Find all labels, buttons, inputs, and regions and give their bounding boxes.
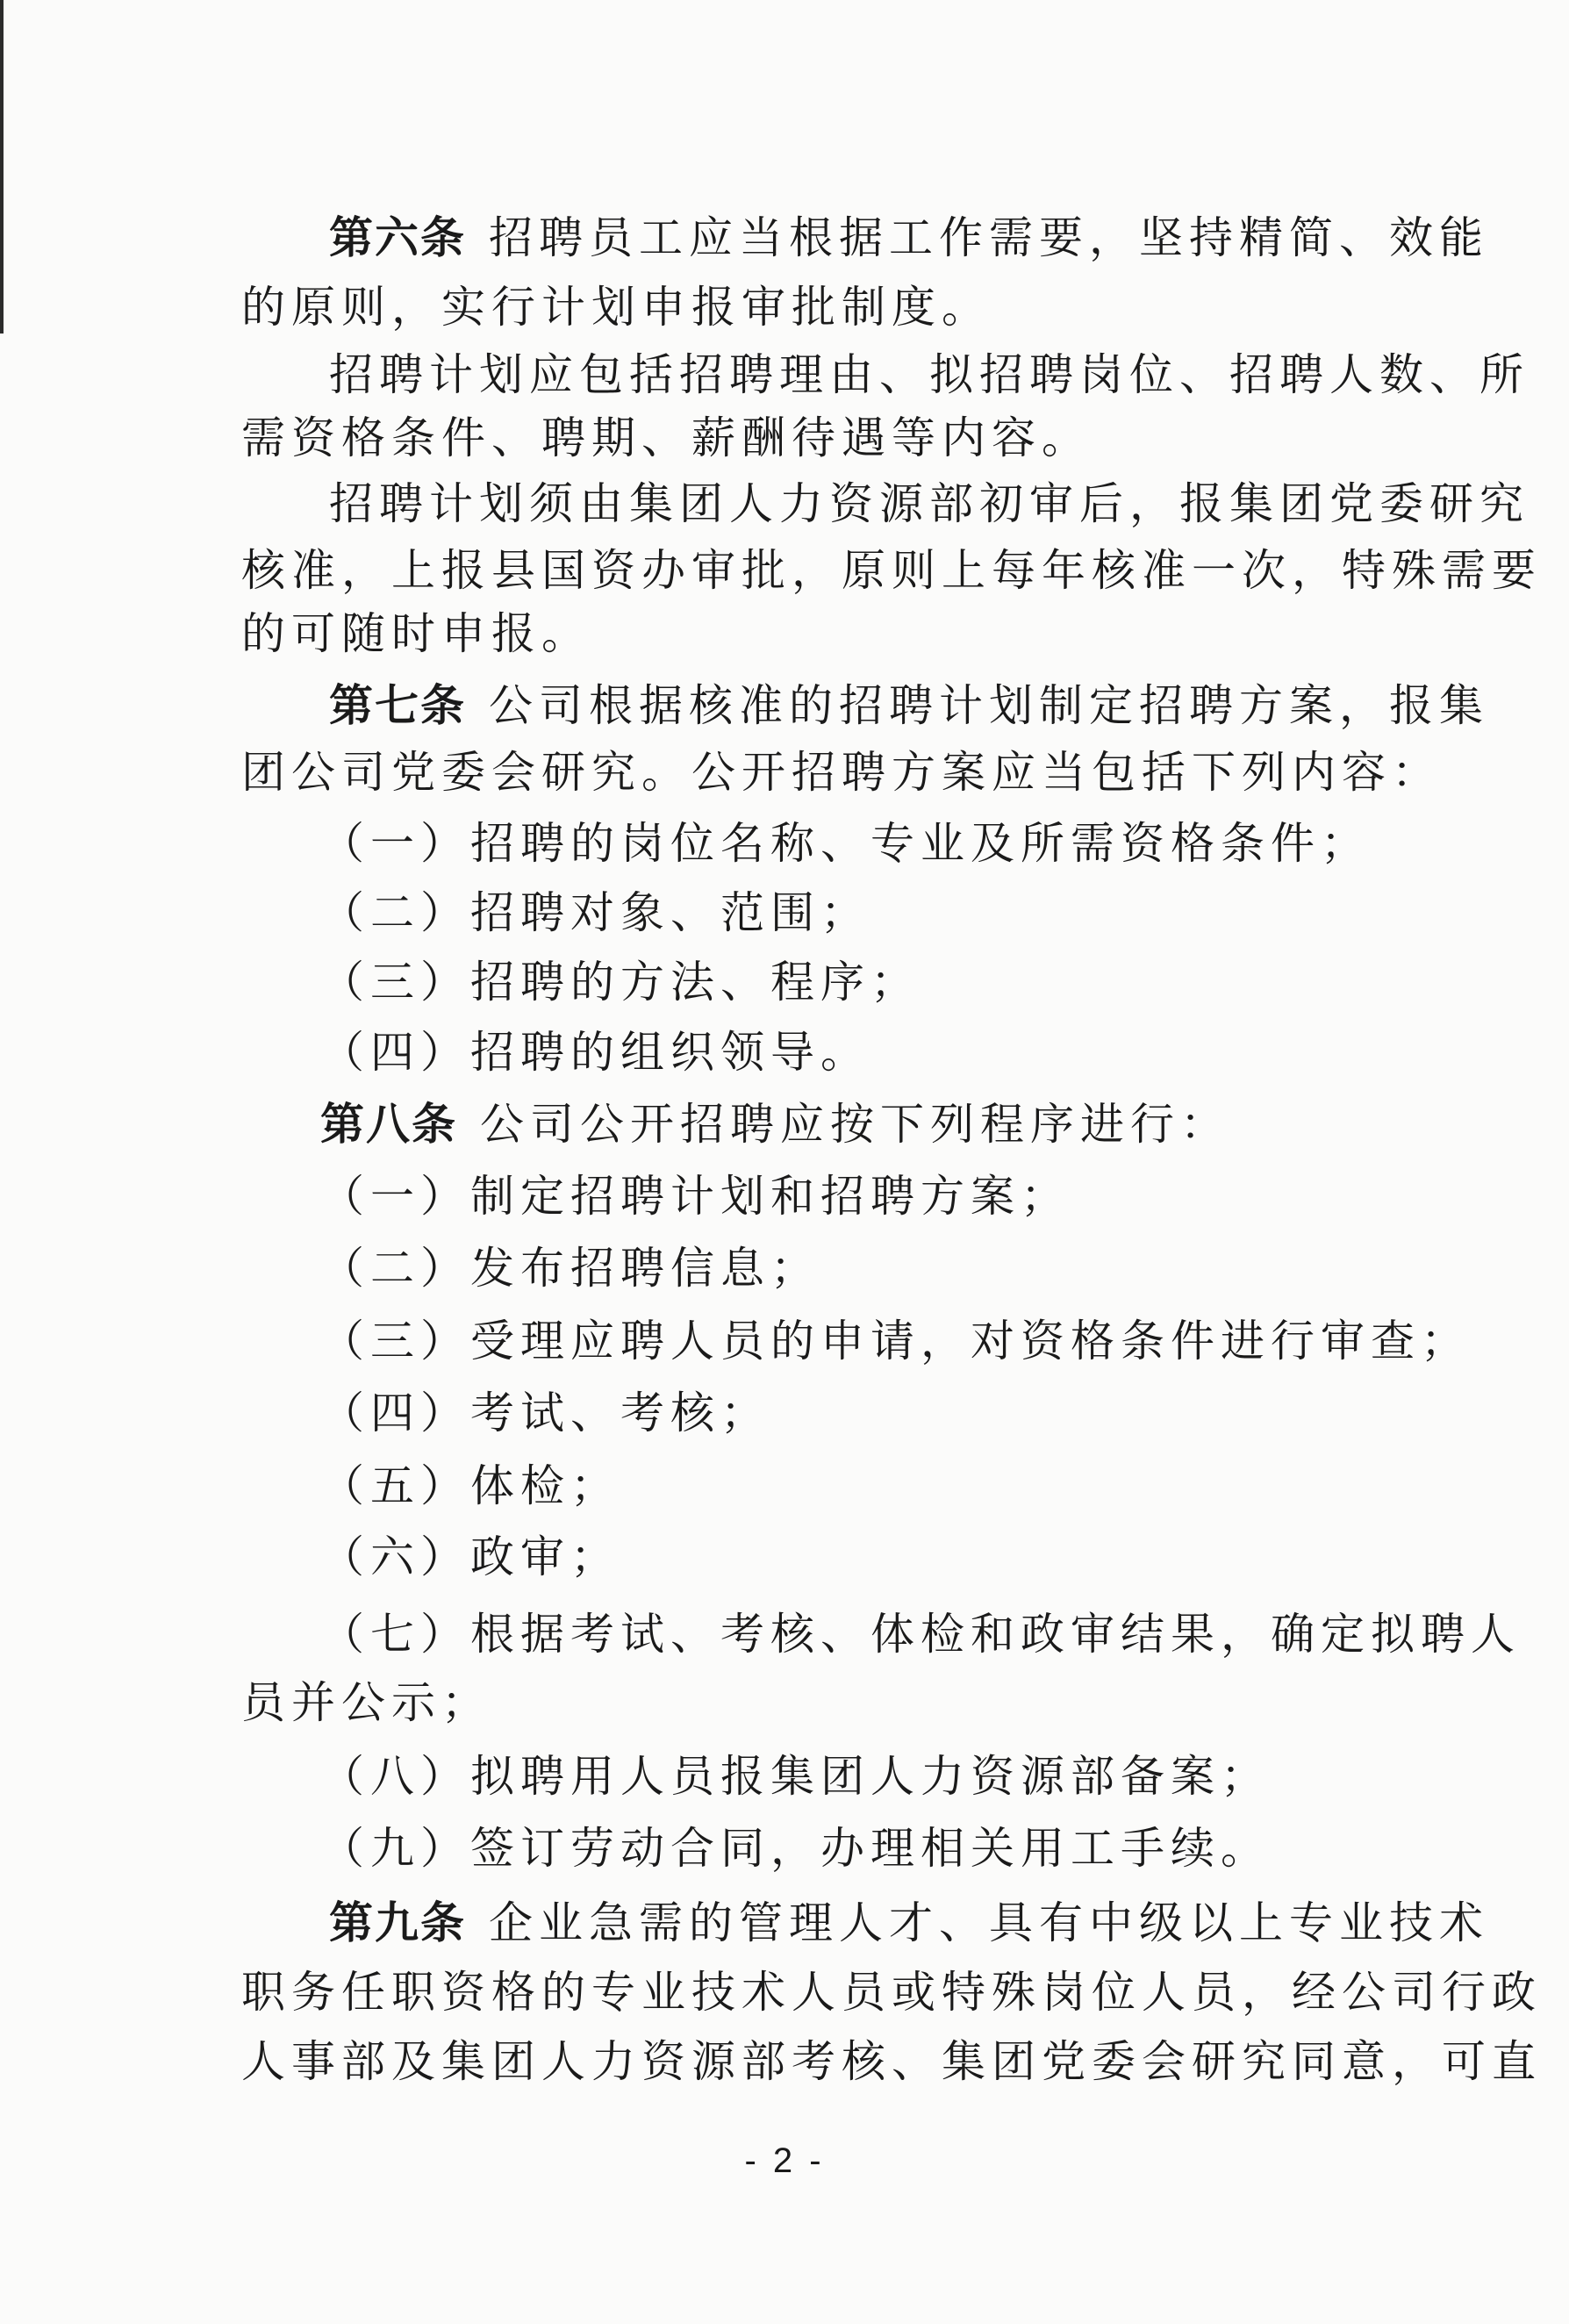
page-number: - 2 - (0, 2141, 1569, 2181)
line-text: 企业急需的管理人才、具有中级以上专业技术 (489, 1897, 1489, 1948)
line-text: 人事部及集团人力资源部考核、集团党委会研究同意，可直 (241, 2036, 1542, 2087)
line-text: （三）招聘的方法、程序； (320, 957, 921, 1008)
article-heading-line: 第八条公司公开招聘应按下列程序进行： (320, 1090, 1349, 1159)
line-text: 核准，上报县国资办审批，原则上每年核准一次，特殊需要 (241, 545, 1542, 596)
text-line: 员并公示； (241, 1668, 1349, 1738)
line-text: 招聘计划应包括招聘理由、拟招聘岗位、招聘人数、所 (329, 349, 1530, 400)
line-text: 员并公示； (241, 1677, 491, 1728)
text-line: （三）受理应聘人员的申请，对资格条件进行审查； (320, 1307, 1349, 1376)
line-text: （九）签订劳动合同，办理相关用工手续。 (320, 1823, 1271, 1874)
text-line: （七）根据考试、考核、体检和政审结果，确定拟聘人 (320, 1600, 1349, 1669)
line-text: （二）招聘对象、范围； (320, 887, 870, 938)
text-line: （六）政审； (320, 1523, 1349, 1592)
text-line: 人事部及集团人力资源部考核、集团党委会研究同意，可直 (241, 2027, 1349, 2097)
text-line: （四）招聘的组织领导。 (320, 1018, 1349, 1087)
text-line: （五）体检； (320, 1452, 1349, 1521)
text-line: 职务任职资格的专业技术人员或特殊岗位人员，经公司行政 (241, 1958, 1349, 2027)
line-text: 公司公开招聘应按下列程序进行： (480, 1099, 1230, 1150)
text-line: 的可随时申报。 (241, 599, 1349, 669)
text-line: （二）招聘对象、范围； (320, 879, 1349, 948)
line-text: （二）发布招聘信息； (320, 1243, 820, 1294)
line-text: （一）招聘的岗位名称、专业及所需资格条件； (320, 818, 1371, 869)
line-text: （四）招聘的组织领导。 (320, 1027, 870, 1078)
line-text: 招聘计划须由集团人力资源部初审后，报集团党委研究 (329, 478, 1530, 529)
article-heading-line: 第六条招聘员工应当根据工作需要，坚持精简、效能 (329, 204, 1349, 273)
article-heading-line: 第七条公司根据核准的招聘计划制定招聘方案，报集 (329, 671, 1349, 741)
line-text: （四）考试、考核； (320, 1388, 770, 1438)
line-text: （八）拟聘用人员报集团人力资源部备案； (320, 1751, 1271, 1802)
article-number: 第八条 (320, 1099, 457, 1150)
article-heading-line: 第九条企业急需的管理人才、具有中级以上专业技术 (329, 1889, 1349, 1958)
text-line: （九）签订劳动合同，办理相关用工手续。 (320, 1814, 1349, 1883)
line-text: （七）根据考试、考核、体检和政审结果，确定拟聘人 (320, 1609, 1521, 1660)
line-text: 职务任职资格的专业技术人员或特殊岗位人员，经公司行政 (241, 1967, 1542, 2018)
document-page: 第六条招聘员工应当根据工作需要，坚持精简、效能的原则，实行计划申报审批制度。招聘… (0, 0, 1569, 2324)
text-line: （二）发布招聘信息； (320, 1234, 1349, 1303)
text-line: （一）制定招聘计划和招聘方案； (320, 1162, 1349, 1231)
text-line: 招聘计划应包括招聘理由、拟招聘岗位、招聘人数、所 (329, 341, 1349, 410)
line-text: （六）政审； (320, 1531, 620, 1582)
article-number: 第六条 (329, 212, 466, 263)
text-line: 核准，上报县国资办审批，原则上每年核准一次，特殊需要 (241, 536, 1349, 606)
line-text: 公司根据核准的招聘计划制定招聘方案，报集 (489, 680, 1489, 731)
text-line: 的原则，实行计划申报审批制度。 (241, 273, 1349, 342)
text-line: （三）招聘的方法、程序； (320, 948, 1349, 1017)
text-line: 招聘计划须由集团人力资源部初审后，报集团党委研究 (329, 470, 1349, 539)
line-text: 的原则，实行计划申报审批制度。 (241, 282, 992, 333)
article-number: 第九条 (329, 1897, 466, 1948)
line-text: （一）制定招聘计划和招聘方案； (320, 1171, 1071, 1222)
line-text: 的可随时申报。 (241, 608, 591, 659)
line-text: 需资格条件、聘期、薪酬待遇等内容。 (241, 412, 1092, 463)
line-text: 招聘员工应当根据工作需要，坚持精简、效能 (489, 212, 1489, 263)
text-line: （四）考试、考核； (320, 1379, 1349, 1448)
line-text: 团公司党委会研究。公开招聘方案应当包括下列内容： (241, 747, 1442, 798)
line-text: （三）受理应聘人员的申请，对资格条件进行审查； (320, 1316, 1471, 1366)
line-text: （五）体检； (320, 1460, 620, 1511)
text-line: 需资格条件、聘期、薪酬待遇等内容。 (241, 404, 1349, 473)
text-line: 团公司党委会研究。公开招聘方案应当包括下列内容： (241, 738, 1349, 807)
article-number: 第七条 (329, 680, 466, 731)
text-line: （一）招聘的岗位名称、专业及所需资格条件； (320, 809, 1349, 879)
text-line: （八）拟聘用人员报集团人力资源部备案； (320, 1742, 1349, 1811)
